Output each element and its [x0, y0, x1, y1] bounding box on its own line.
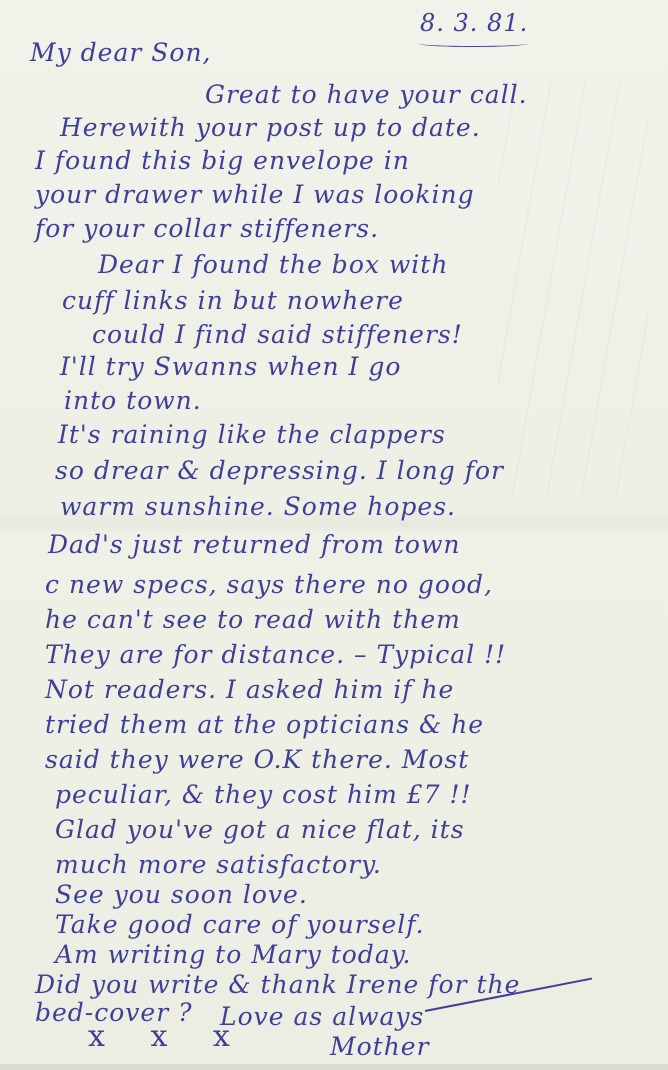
letter-line: Dear I found the box with [98, 250, 448, 280]
letter-line: Dad's just returned from town [48, 530, 460, 560]
letter-line: he can't see to read with them [45, 605, 461, 635]
letter-line: Take good care of yourself. [55, 910, 425, 940]
letter-line: for your collar stiffeners. [35, 214, 379, 244]
paper-bottom-edge [0, 1064, 668, 1070]
letter-line: I found this big envelope in [35, 146, 410, 176]
letter-line: into town. [64, 386, 202, 416]
letter-line: I'll try Swanns when I go [60, 352, 401, 382]
letter-line: It's raining like the clappers [58, 420, 446, 450]
letter-line: much more satisfactory. [55, 850, 382, 880]
letter-line: could I find said stiffeners! [92, 320, 463, 350]
letter-line: See you soon love. [55, 880, 308, 910]
kisses: x x x [88, 1022, 248, 1052]
closing: Love as always [220, 1002, 424, 1032]
letter-line: peculiar, & they cost him £7 !! [55, 780, 472, 810]
letter-line: Am writing to Mary today. [55, 940, 411, 970]
letter-line: tried them at the opticians & he [45, 710, 484, 740]
letter-line: cuff links in but nowhere [62, 286, 404, 316]
signature: Mother [330, 1032, 430, 1062]
letter-line: They are for distance. – Typical !! [45, 640, 506, 670]
letter-line: Not readers. I asked him if he [45, 675, 454, 705]
letter-line: Herewith your post up to date. [60, 113, 481, 143]
letter-line: warm sunshine. Some hopes. [60, 492, 456, 522]
letter-line: Great to have your call. [205, 80, 528, 110]
date-underline [418, 40, 528, 47]
letter-date: 8. 3. 81. [420, 8, 528, 38]
letter-line: so drear & depressing. I long for [55, 456, 504, 486]
letter-line: Did you write & thank Irene for the [35, 970, 520, 1000]
salutation: My dear Son, [30, 38, 212, 68]
letter-line: Glad you've got a nice flat, its [55, 815, 465, 845]
letter-line: said they were O.K there. Most [45, 745, 469, 775]
reverse-side-ink-bleed [498, 80, 648, 500]
letter-line: your drawer while I was looking [35, 180, 475, 210]
letter-line: c new specs, says there no good, [45, 570, 493, 600]
